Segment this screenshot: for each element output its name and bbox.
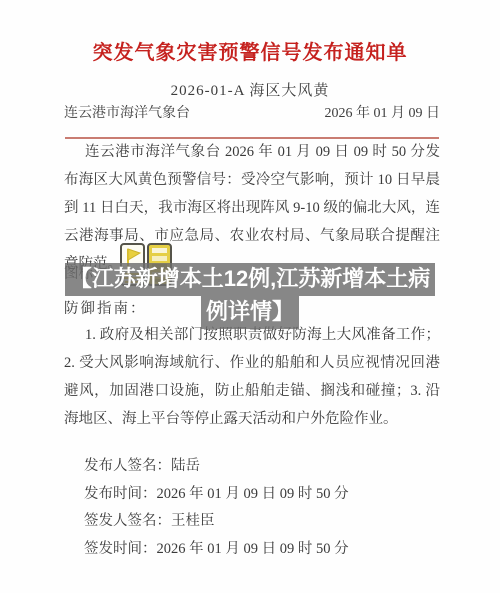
publish-time-row: 发布时间：2026 年 01 月 09 日 09 时 50 分	[84, 481, 460, 509]
approve-time-row: 签发时间：2026 年 01 月 09 日 09 时 50 分	[84, 536, 460, 564]
signature-block: 发布人签名：陆岳 发布时间：2026 年 01 月 09 日 09 时 50 分…	[84, 453, 460, 563]
approve-time-value: 2026 年 01 月 09 日 09 时 50 分	[157, 541, 349, 557]
defense-guidelines-paragraph: 1. 政府及相关部门按照职责做好防海上大风准备工作；2. 受大风影响海域航行、作…	[64, 321, 440, 433]
issuer-name: 连云港市海洋气象台	[64, 102, 190, 122]
document-title: 突发气象灾害预警信号发布通知单	[0, 36, 500, 65]
publisher-signature-label: 发布人签名：	[84, 458, 171, 474]
publisher-signature-row: 发布人签名：陆岳	[84, 453, 460, 481]
publish-time-value: 2026 年 01 月 09 日 09 时 50 分	[157, 486, 349, 502]
publisher-signature-value: 陆岳	[171, 458, 200, 474]
approve-time-label: 签发时间：	[84, 541, 157, 557]
issue-date: 2026 年 01 月 09 日	[325, 102, 441, 122]
headline-line-2: 例详情】	[0, 296, 500, 329]
approver-signature-value: 王桂臣	[171, 513, 215, 529]
notice-document: 突发气象灾害预警信号发布通知单 2026-01-A 海区大风黄 连云港市海洋气象…	[0, 0, 500, 593]
headline-line-1: 【江苏新增本土12例,江苏新增本土病	[0, 263, 500, 296]
approver-signature-label: 签发人签名：	[84, 513, 171, 529]
article-headline-overlay[interactable]: 【江苏新增本土12例,江苏新增本土病 例详情】	[0, 263, 500, 329]
publish-time-label: 发布时间：	[84, 486, 157, 502]
meta-row: 连云港市海洋气象台 2026 年 01 月 09 日	[64, 102, 440, 122]
warning-code-subtitle: 2026-01-A 海区大风黄	[0, 79, 500, 100]
approver-signature-row: 签发人签名：王桂臣	[84, 508, 460, 536]
